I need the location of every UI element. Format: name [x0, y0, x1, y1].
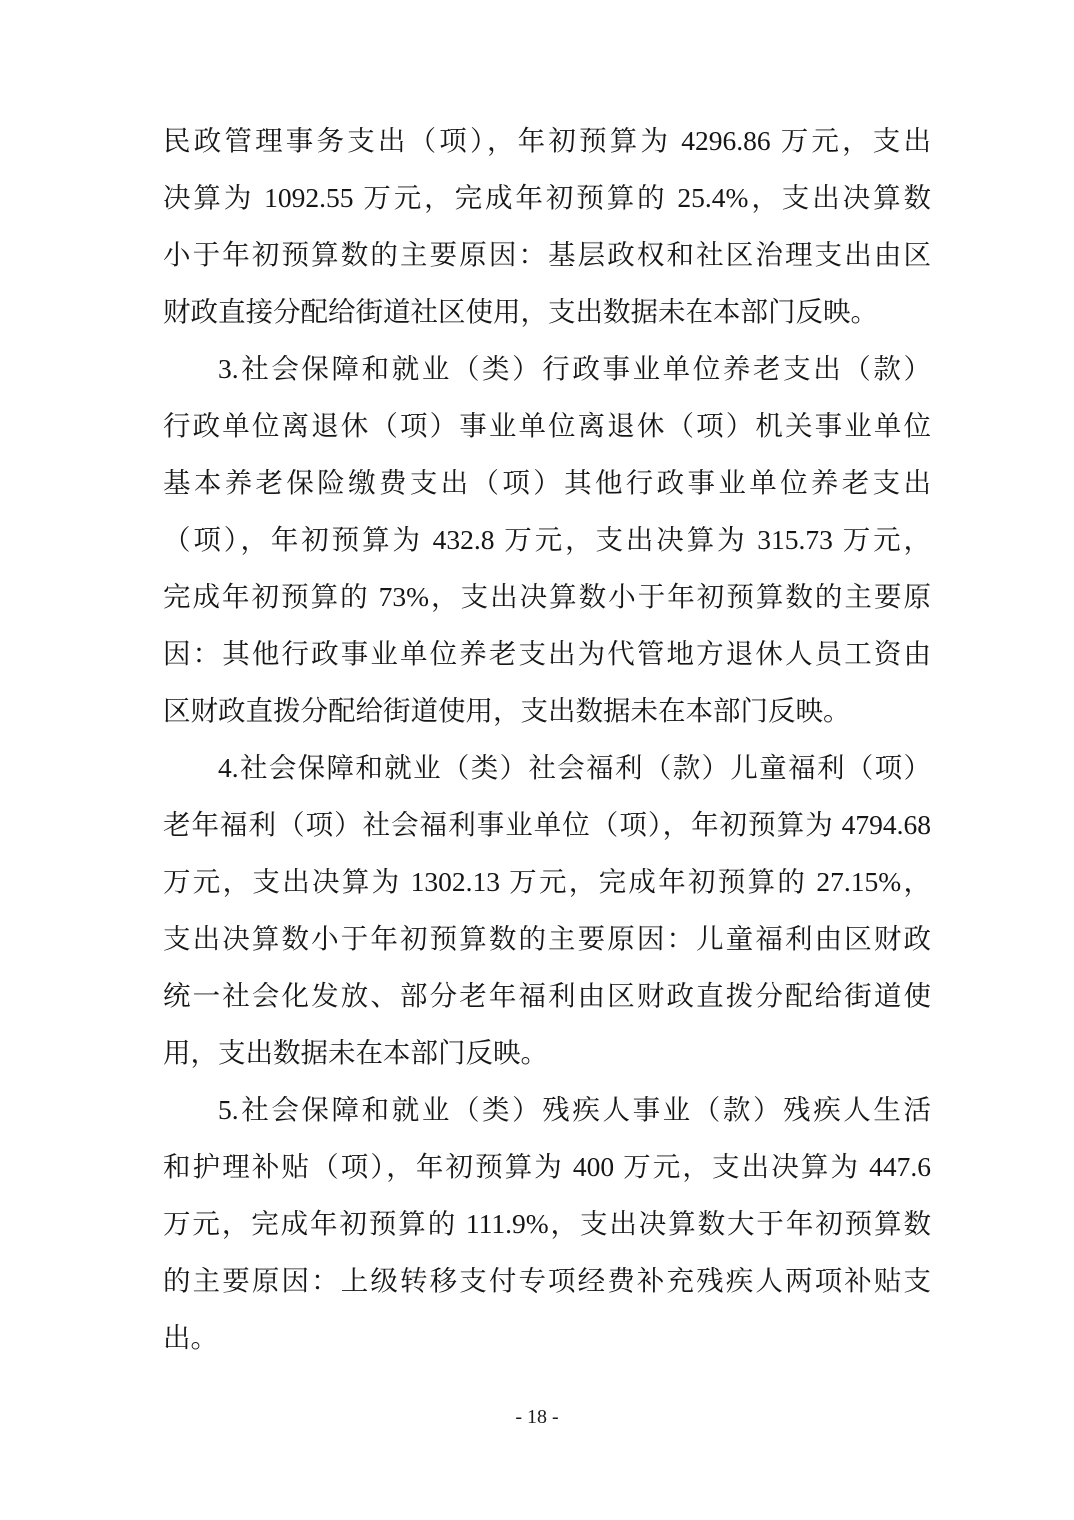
page-number: - 18 - — [0, 1402, 1074, 1432]
text-line: 4.社会保障和就业（类）社会福利（款）儿童福利（项） — [163, 739, 931, 796]
text-line: 万元，完成年初预算的 111.9%，支出决算数大于年初预算数 — [163, 1195, 931, 1252]
text-line: 小于年初预算数的主要原因：基层政权和社区治理支出由区 — [163, 226, 931, 283]
text-line: 区财政直拨分配给街道使用，支出数据未在本部门反映。 — [163, 682, 931, 739]
text-line: 老年福利（项）社会福利事业单位（项），年初预算为 4794.68 — [163, 796, 931, 853]
paragraph: 民政管理事务支出（项），年初预算为 4296.86 万元，支出决算为 1092.… — [163, 112, 931, 340]
paragraph: 5.社会保障和就业（类）残疾人事业（款）残疾人生活和护理补贴（项），年初预算为 … — [163, 1081, 931, 1366]
text-line: （项），年初预算为 432.8 万元，支出决算为 315.73 万元， — [163, 511, 931, 568]
text-line: 决算为 1092.55 万元，完成年初预算的 25.4%，支出决算数 — [163, 169, 931, 226]
paragraph: 4.社会保障和就业（类）社会福利（款）儿童福利（项）老年福利（项）社会福利事业单… — [163, 739, 931, 1081]
text-line: 的主要原因：上级转移支付专项经费补充残疾人两项补贴支 — [163, 1252, 931, 1309]
text-line: 民政管理事务支出（项），年初预算为 4296.86 万元，支出 — [163, 112, 931, 169]
text-line: 5.社会保障和就业（类）残疾人事业（款）残疾人生活 — [163, 1081, 931, 1138]
text-line: 行政单位离退休（项）事业单位离退休（项）机关事业单位 — [163, 397, 931, 454]
text-line: 3.社会保障和就业（类）行政事业单位养老支出（款） — [163, 340, 931, 397]
text-line: 支出决算数小于年初预算数的主要原因：儿童福利由区财政 — [163, 910, 931, 967]
text-line: 完成年初预算的 73%，支出决算数小于年初预算数的主要原 — [163, 568, 931, 625]
document-body: 民政管理事务支出（项），年初预算为 4296.86 万元，支出决算为 1092.… — [163, 112, 931, 1366]
text-line: 出。 — [163, 1309, 931, 1366]
text-line: 因：其他行政事业单位养老支出为代管地方退休人员工资由 — [163, 625, 931, 682]
text-line: 财政直接分配给街道社区使用，支出数据未在本部门反映。 — [163, 283, 931, 340]
text-line: 用，支出数据未在本部门反映。 — [163, 1024, 931, 1081]
text-line: 万元，支出决算为 1302.13 万元，完成年初预算的 27.15%， — [163, 853, 931, 910]
document-page: 民政管理事务支出（项），年初预算为 4296.86 万元，支出决算为 1092.… — [0, 0, 1074, 1520]
text-line: 统一社会化发放、部分老年福利由区财政直拨分配给街道使 — [163, 967, 931, 1024]
text-line: 和护理补贴（项），年初预算为 400 万元，支出决算为 447.6 — [163, 1138, 931, 1195]
text-line: 基本养老保险缴费支出（项）其他行政事业单位养老支出 — [163, 454, 931, 511]
paragraph: 3.社会保障和就业（类）行政事业单位养老支出（款）行政单位离退休（项）事业单位离… — [163, 340, 931, 739]
